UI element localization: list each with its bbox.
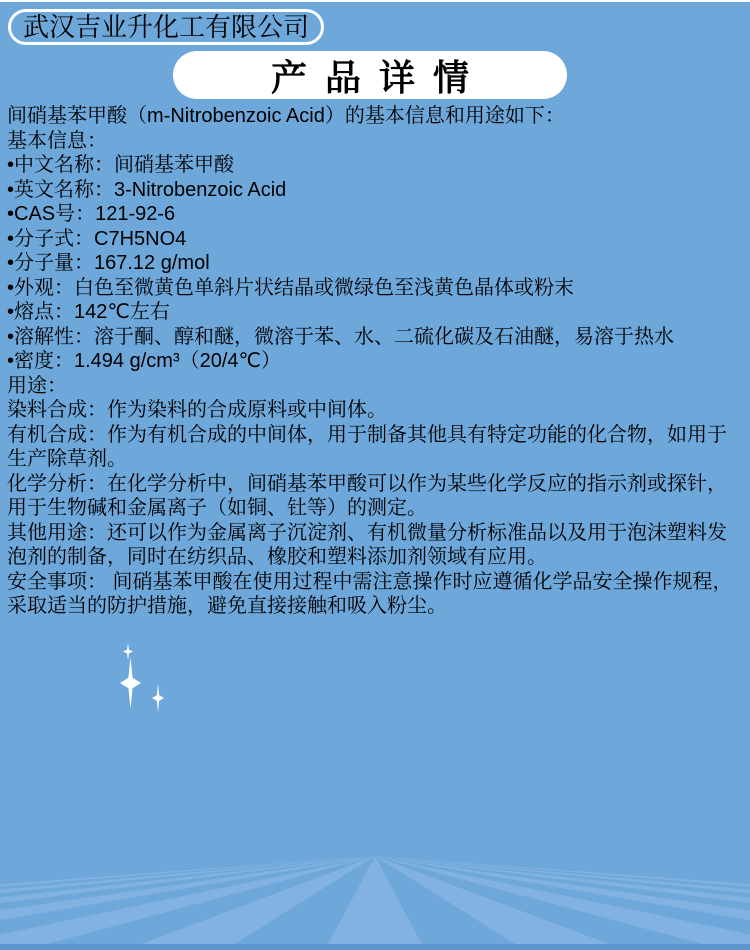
page-title: 产品详情	[253, 50, 487, 101]
company-badge: 武汉吉业升化工有限公司	[8, 9, 324, 45]
info-item-appearance: •外观：白色至微黄色单斜片状结晶或微绿色至浅黄色晶体或粉末	[7, 276, 746, 301]
sparkle-icon	[152, 684, 164, 712]
use-item-organic-synthesis: 有机合成：作为有机合成的中间体，用于制备其他具有特定功能的化合物，如用于生产除草…	[7, 423, 746, 472]
info-item-solubility: •溶解性：溶于酮、醇和醚，微溶于苯、水、二硫化碳及石油醚，易溶于热水	[7, 325, 746, 350]
product-description: 间硝基苯甲酸（m-Nitrobenzoic Acid）的基本信息和用途如下： 基…	[0, 104, 750, 619]
sparkle-icon	[120, 657, 141, 709]
sparkle-icon	[123, 643, 133, 660]
info-item-molecular-weight: •分子量：167.12 g/mol	[7, 251, 746, 276]
info-item-cas-number: •CAS号：121-92-6	[7, 202, 746, 227]
top-border-line	[0, 0, 750, 2]
use-item-dye-synthesis: 染料合成：作为染料的合成原料或中间体。	[7, 398, 746, 423]
company-name: 武汉吉业升化工有限公司	[23, 12, 309, 42]
intro-line: 间硝基苯甲酸（m-Nitrobenzoic Acid）的基本信息和用途如下：	[7, 104, 746, 129]
info-item-english-name: •英文名称：3-Nitrobenzoic Acid	[7, 178, 746, 203]
info-item-density: •密度：1.494 g/cm³（20/4℃）	[7, 349, 746, 374]
product-detail-page: 武汉吉业升化工有限公司 产品详情 间硝基苯甲酸（m-Nitrobenzoic A…	[0, 0, 750, 950]
info-item-molecular-formula: •分子式：C7H5NO4	[7, 227, 746, 252]
uses-heading: 用途：	[7, 374, 746, 399]
use-item-chemical-analysis: 化学分析：在化学分析中，间硝基苯甲酸可以作为某些化学反应的指示剂或探针，用于生物…	[7, 472, 746, 521]
product-detail-title-banner: 产品详情	[173, 51, 567, 99]
use-item-other-uses: 其他用途：还可以作为金属离子沉淀剂、有机微量分析标准品以及用于泡沫塑料发泡剂的制…	[7, 521, 746, 570]
basic-info-heading: 基本信息：	[7, 129, 746, 154]
info-item-melting-point: •熔点：142℃左右	[7, 300, 746, 325]
info-item-chinese-name: •中文名称：间硝基苯甲酸	[7, 153, 746, 178]
safety-notes: 安全事项： 间硝基苯甲酸在使用过程中需注意操作时应遵循化学品安全操作规程，采取适…	[7, 570, 746, 619]
